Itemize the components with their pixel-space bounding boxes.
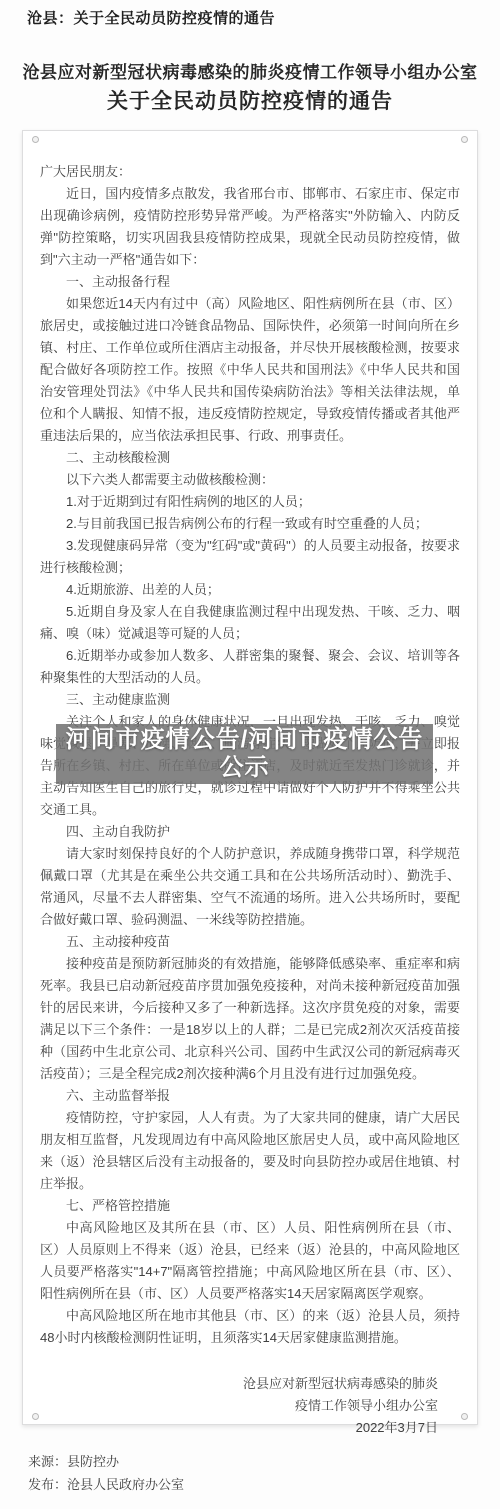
paragraph: 接种疫苗是预防新冠肺炎的有效措施，能够降低感染率、重症率和病死率。我县已启动新冠… [40,953,460,1085]
corner-pin-icon [32,1413,39,1420]
paragraph: 1.对于近期到过有阳性病例的地区的人员； [40,491,460,513]
section-heading: 五、主动接种疫苗 [40,931,460,953]
document-main-title: 关于全民动员防控疫情的通告 [0,88,500,114]
page-header: 沧县：关于全民动员防控疫情的通告 [0,0,500,29]
paragraph: 中高风险地区所在地市其他县（市、区）的来（返）沧县人员，须持48小时内核酸检测阴… [40,1305,460,1349]
page-title: 沧县：关于全民动员防控疫情的通告 [27,9,473,29]
paragraph: 3.发现健康码异常（变为"红码"或"黄码"）的人员要主动报备，按要求进行核酸检测… [40,535,460,579]
section-heading: 一、主动报备行程 [40,271,460,293]
paragraph: 如果您近14天内有过中（高）风险地区、阳性病例所在县（市、区）旅居史，或接触过进… [40,293,460,447]
paragraph: 疫情防控，守护家园，人人有责。为了大家共同的健康，请广大居民朋友相互监督，凡发现… [40,1107,460,1195]
page: 沧县：关于全民动员防控疫情的通告 沧县应对新型冠状病毒感染的肺炎疫情工作领导小组… [0,0,500,1509]
paragraph: 广大居民朋友： [40,161,460,183]
section-heading: 二、主动核酸检测 [40,447,460,469]
paragraph: 4.近期旅游、出差的人员； [40,579,460,601]
document-titles: 沧县应对新型冠状病毒感染的肺炎疫情工作领导小组办公室 关于全民动员防控疫情的通告 [0,62,500,114]
publisher-line: 发布：沧县人民政府办公室 [28,1473,184,1496]
paragraph: 6.近期举办或参加人数多、人群密集的聚餐、聚会、会议、培训等各种聚集性的大型活动… [40,645,460,689]
paragraph: 5.近期自身及家人在自我健康监测过程中出现发热、干咳、乏力、咽痛、嗅（味）觉减退… [40,601,460,645]
signature-date: 2022年3月7日 [40,1417,438,1439]
paragraph: 近日，国内疫情多点散发，我省邢台市、邯郸市、石家庄市、保定市出现确诊病例，疫情防… [40,183,460,271]
section-heading: 六、主动监督举报 [40,1085,460,1107]
paragraph: 请大家时刻保持良好的个人防护意识，养成随身携带口罩，科学规范佩戴口罩（尤其是在乘… [40,843,460,931]
corner-pin-icon [461,1413,468,1420]
section-heading: 七、严格管控措施 [40,1195,460,1217]
watermark-overlay: 河间市疫情公告/河间市疫情公告公示 [56,724,433,784]
signature-org-line2: 疫情工作领导小组办公室 [40,1395,438,1417]
paragraph: 中高风险地区及其所在县（市、区）人员、阳性病例所在县（市、区）人员原则上不得来（… [40,1217,460,1305]
page-footer: 来源：县防控办 发布：沧县人民政府办公室 [28,1450,184,1496]
section-heading: 四、主动自我防护 [40,821,460,843]
section-heading: 三、主动健康监测 [40,689,460,711]
corner-pin-icon [32,136,39,143]
document-org-title: 沧县应对新型冠状病毒感染的肺炎疫情工作领导小组办公室 [0,62,500,84]
source-line: 来源：县防控办 [28,1450,184,1473]
signature-block: 沧县应对新型冠状病毒感染的肺炎 疫情工作领导小组办公室 2022年3月7日 [40,1373,460,1439]
paragraph: 以下六类人都需要主动做核酸检测： [40,469,460,491]
paragraph: 2.与目前我国已报告病例公布的行程一致或有时空重叠的人员； [40,513,460,535]
corner-pin-icon [461,136,468,143]
signature-org-line1: 沧县应对新型冠状病毒感染的肺炎 [40,1373,438,1395]
